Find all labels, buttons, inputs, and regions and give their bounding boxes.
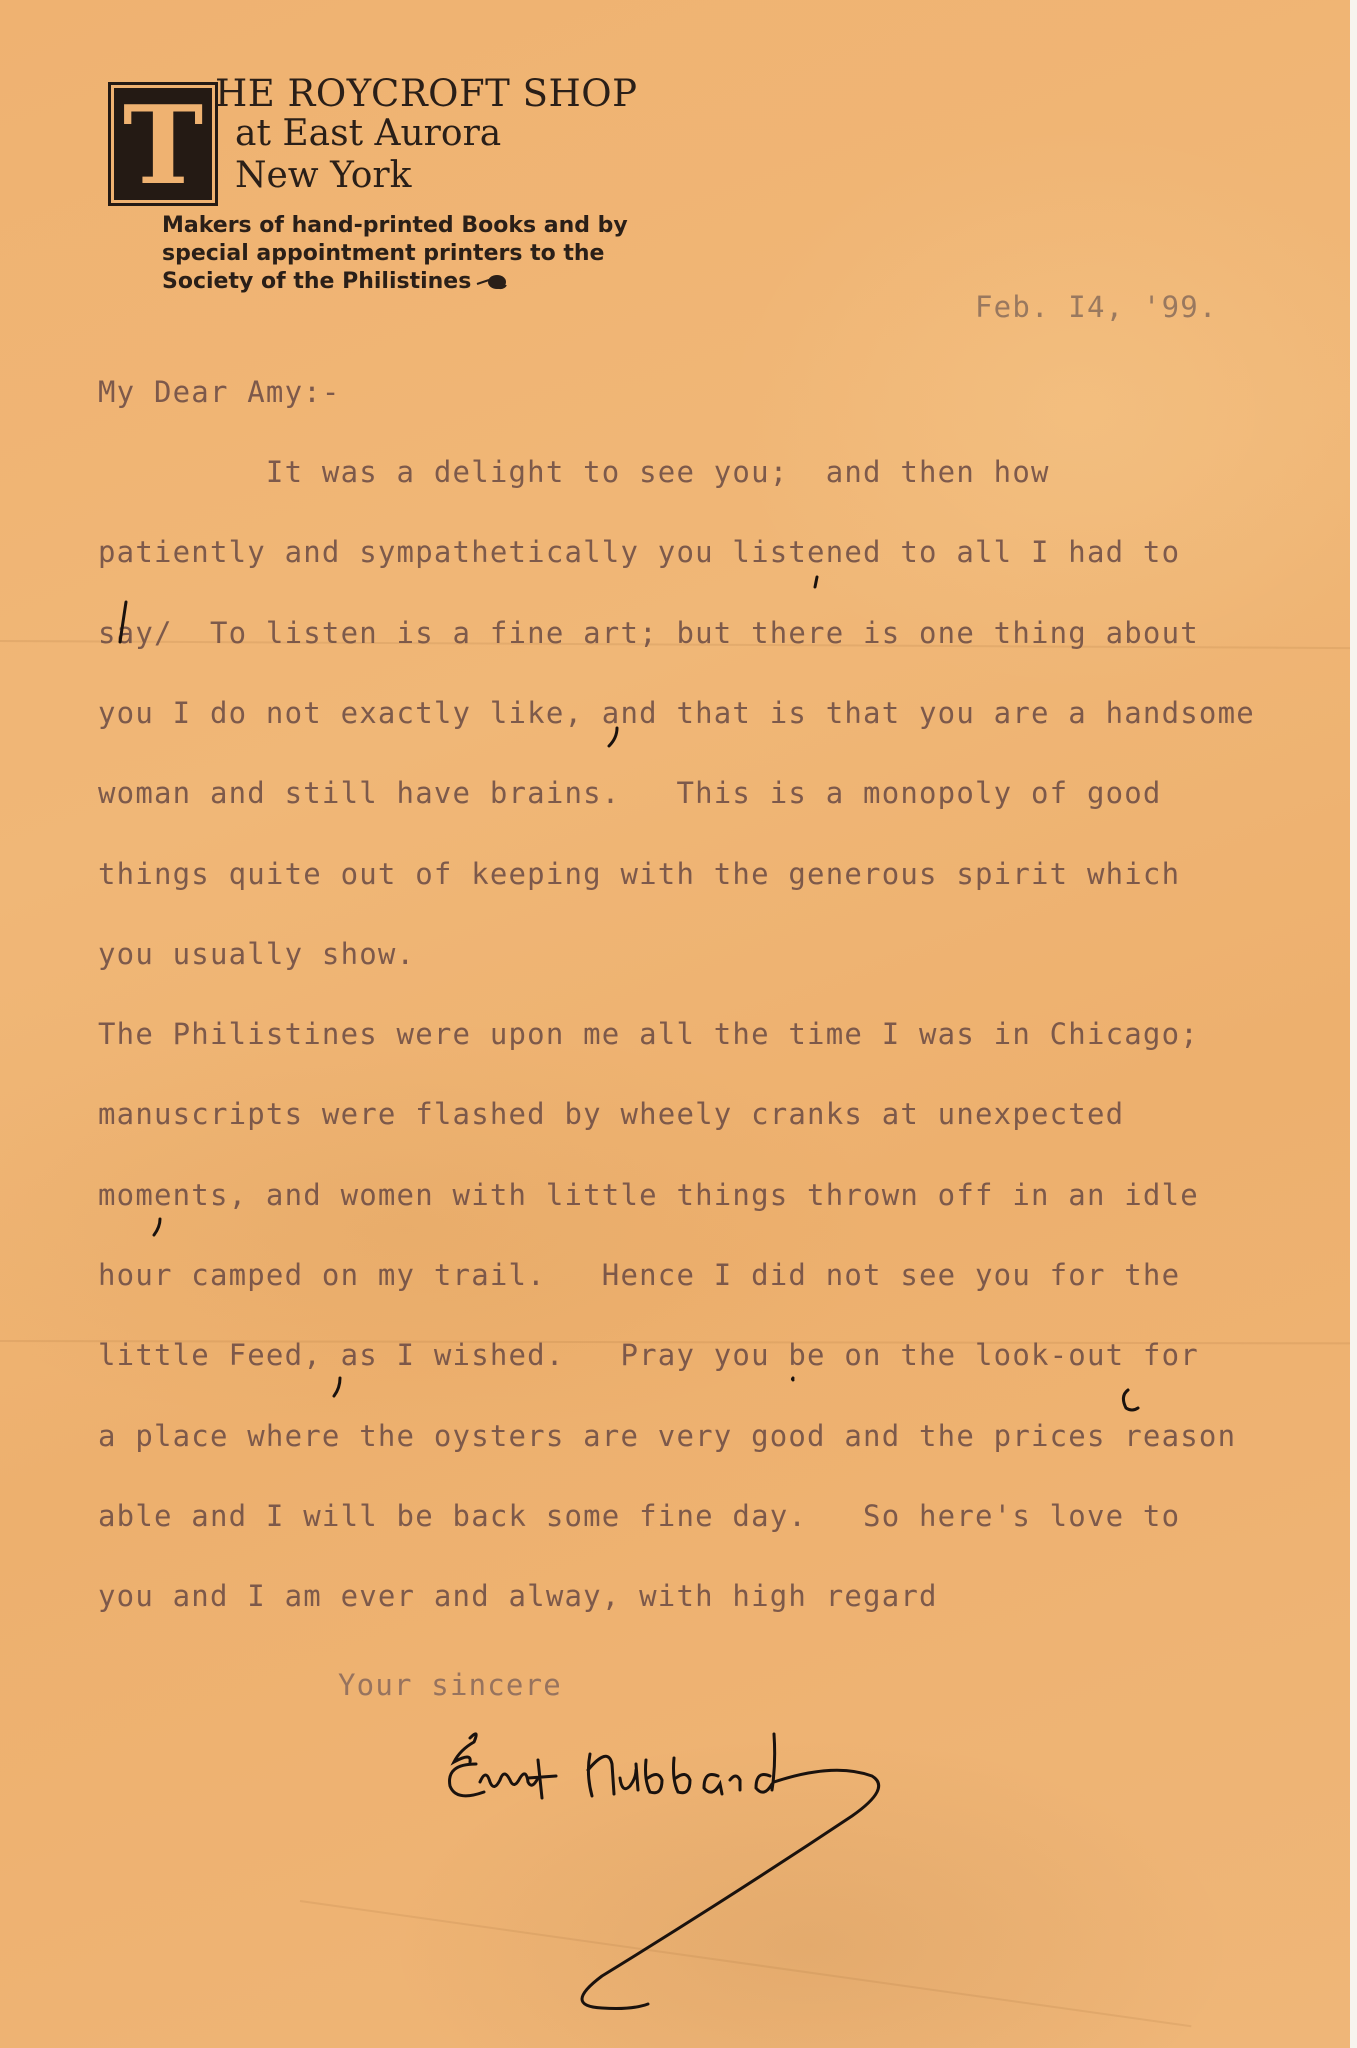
pen-tick-mark xyxy=(815,577,817,587)
pen-comma-mark xyxy=(334,1378,340,1396)
pen-comma-mark xyxy=(609,728,617,746)
pen-hyphen-mark xyxy=(1123,1390,1138,1410)
pen-comma-mark xyxy=(154,1219,160,1235)
pen-slash-mark xyxy=(120,602,126,642)
pen-corrections xyxy=(0,0,1350,2048)
letter-page: T HE ROYCROFT SHOP at East Aurora New Yo… xyxy=(0,0,1350,2048)
